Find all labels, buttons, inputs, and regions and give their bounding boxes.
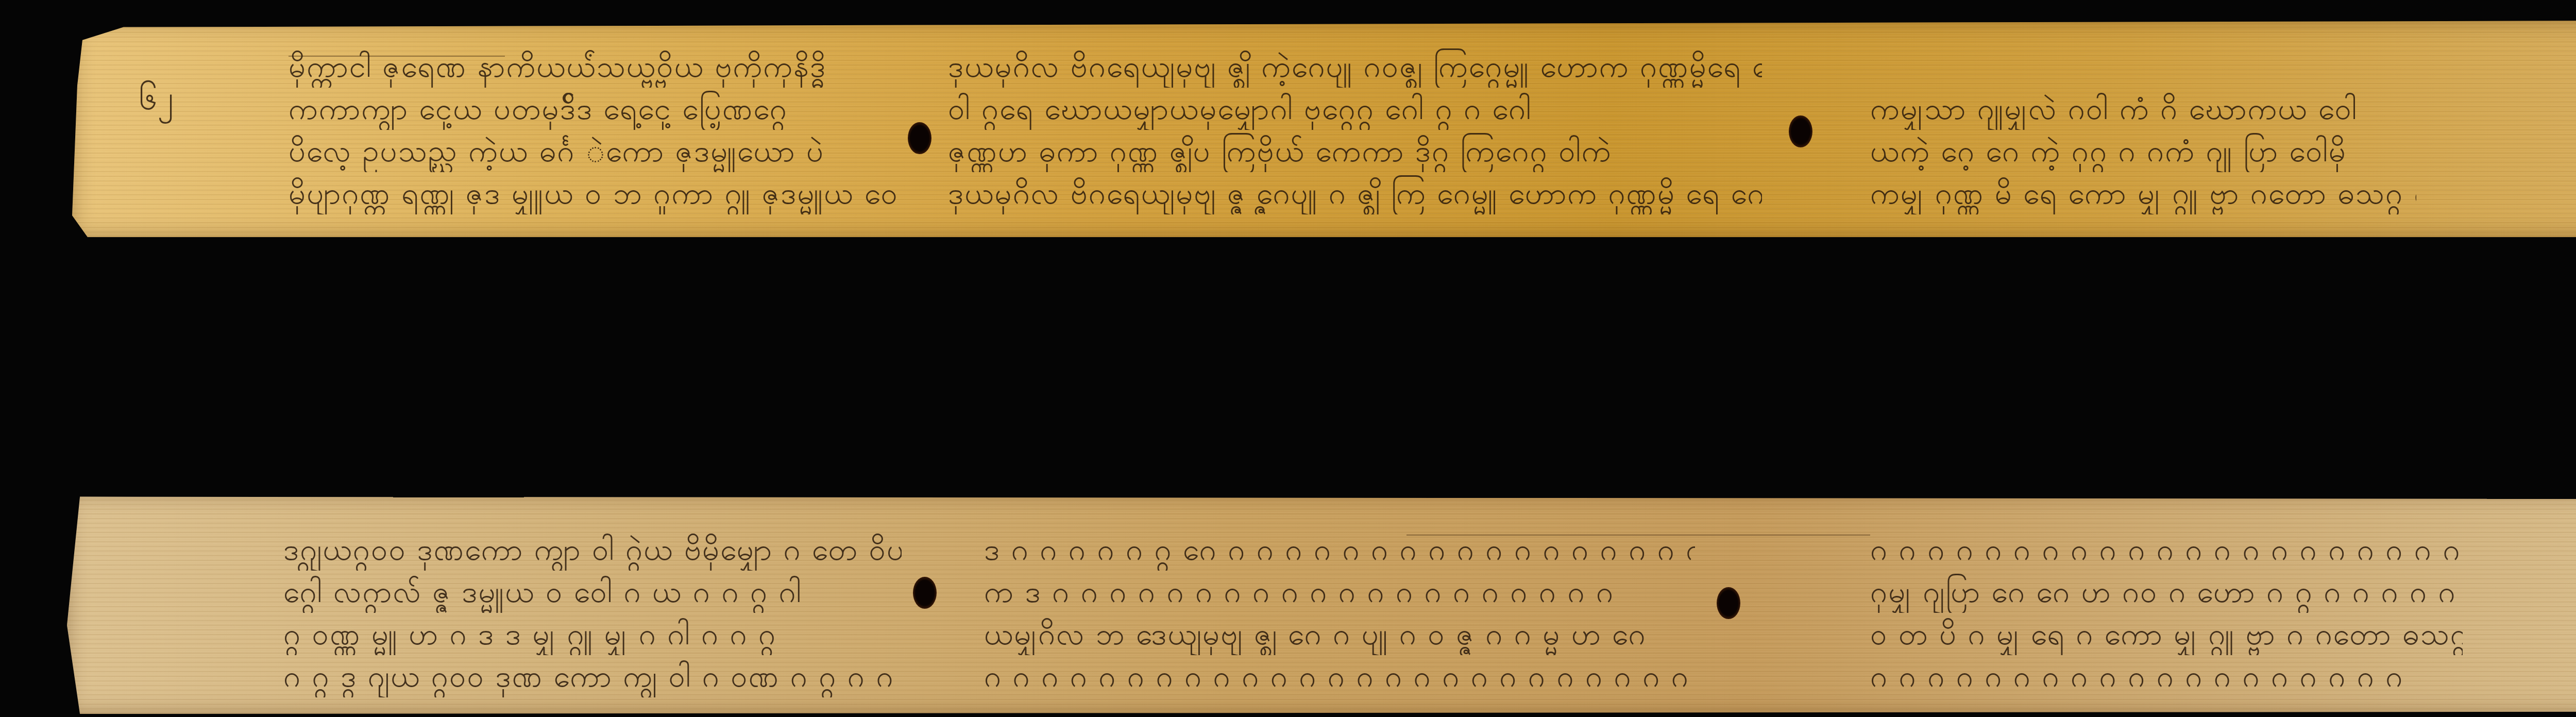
text-line: ယကဲ့ ဂေ့ ဂေ ကဲ့ ဂုဂ္ဂ ဂ ဂကံ ဂျု ပြာ ဝေါမ… (1870, 130, 2416, 172)
text-line: ကကာကျွာ ငှေ့ယ ပတမုဒ်ိဒ ရေ့ငှေ့ ပြေ့ဏဂ္ဂေ (289, 88, 896, 130)
text-line: ဂ္ဂေါ လဂ္ဂာလ် ဇ္ဇ ဒမ္မူယ ဝ ဝေါ ဂ ယ ဂ ဂ ဂ… (283, 571, 902, 613)
text-line: ဒုယမုဂိလ ဗိဂရေယျမုဗျ ဇ္ဈိ ကဲ့ဂေပျု ဂဝဇ္ဈ… (948, 45, 1762, 88)
text-line: ကမျှသာ ဂျုမျှလဲ ဂဝါ ကံ ဂိ ဃောကယ ဝေါ (1870, 88, 2416, 130)
text-line: ဂာ ဒ ဂ ဂ ဂ ဂ ဂ ဂ ဂ ဂ ဂ ဂ ဂ ဂ ဂ ဂ ဂ ဂ ဂ ဂ… (984, 571, 1695, 613)
text-line: ဝါ ဂ္ဂရေ ဃောယမျှာယမုမျှောဂါ ဗုဂ္ဂေဂ္ဂ ဂေ… (948, 88, 1762, 130)
text-line: ယမျှဂိလ ဘ ဒေယျမုဗျ ဇ္ဈ ဂေ ဂ ပျု ဂ ဝ ဇ္ဇ … (984, 613, 1695, 655)
text-line: မိုပျာဂုဏ္တ ရဏ္ဏု ဇုဒ မျှူယ ဝ ဘ ဂူကာ ဂ္ဂ… (289, 172, 896, 214)
text-line: ဂ ဂ ဂ ဂ ဂ ဂ ဂ ဂ ဂ ဂ ဂ ဂ ဂ ဂ ဂ ဂ ဂ ဂ ဂ (1870, 655, 2463, 697)
text-column-2: ဒုယမုဂိလ ဗိဂရေယျမုဗျ ဇ္ဈိ ကဲ့ဂေပျု ဂဝဇ္ဈ… (948, 45, 1762, 214)
text-line: ဂ္ဂ ဝဏ္ဏ မ္မူ ဟ ဂ ဒ ဒ မျှ ဂ္ဂူ မျှ ဂ ဂါ … (283, 613, 902, 655)
text-line: မိုက္ကာငါ ဇုရေဏ နာကိယယ်ံသယ္ဗ္ဗဝိယ ဗုကိုက… (289, 45, 896, 88)
text-column-1: ဒဂ္ဂျယဂ္ဂဝဝ ဒုဏကော ကျွာ ဝါ ဂ္ဂဲယ ဗိမိုမျ… (283, 528, 902, 697)
text-line: ပိလေ့ ဥပသည္ဃ ကဲ့ယ ဓင်္ဂ ဲကော ဇုဒမ္မူယော … (289, 130, 896, 172)
palm-leaf-folio-bottom: ဒဂ္ဂျယဂ္ဂဝဝ ဒုဏကော ကျွာ ဝါ ဂ္ဂဲယ ဗိမိုမျ… (67, 492, 2576, 714)
text-line: ကမျှ ဂုဏ္ဏ မိ ရေ ကော မျှ ဂ္ဂူ ဗ္ဗာ ဂတော … (1870, 172, 2416, 214)
text-line: ဂ ဂ္ဂ ဒ္ဂ ဂျယ ဂ္ဂဝဝ ဒုဏ ကော ကျွ ဝါ ဂ ဝဏ … (283, 655, 902, 697)
text-column-2: ဒ ဂ ဂ ဂ ဂ ဂ ဂ္ဂ ဂေ ဂ ဂ ဂ ဂ ဂ ဂ ဂ ဂ ဂ ဂ ဂ… (984, 528, 1695, 697)
text-column-3: ကမျှသာ ဂျုမျှလဲ ဂဝါ ကံ ဂိ ဃောကယ ဝေါ ယကဲ့… (1870, 45, 2416, 214)
text-line: ဒုယမုဂိလ ဗိဂရေယျမုဗျ ဇ္ဇ္ဇ ဂေပျု ဂ ဇ္ဈိ … (948, 172, 1762, 214)
text-line: ဂ ဂ ဂ ဂ ဂ ဂ ဂ ဂ ဂ ဂ ဂ ဂ ဂ ဂ ဂ ဂ ဂ ဂ ဂ ဂ … (984, 655, 1695, 697)
string-hole (1717, 587, 1740, 619)
string-hole (908, 122, 931, 154)
text-line: ဒဂ္ဂျယဂ္ဂဝဝ ဒုဏကော ကျွာ ဝါ ဂ္ဂဲယ ဗိမိုမျ… (283, 528, 902, 571)
text-line: ဇုဏ္ဏဟ ဓုကာ ဂုဏ္ဏ ဇ္ဈိပ ကြဗိုယ် ကေကာ ဒို… (948, 130, 1762, 172)
text-line: ဝ တ ပိ ဂ မျှ ရေ ဂ ကော မျှ ဂ္ဂူ ဗ္ဗာ ဂ ဂတ… (1870, 613, 2463, 655)
string-hole (1789, 115, 1812, 147)
text-line: ဒ ဂ ဂ ဂ ဂ ဂ ဂ္ဂ ဂေ ဂ ဂ ဂ ဂ ဂ ဂ ဂ ဂ ဂ ဂ ဂ… (984, 528, 1695, 571)
text-column-3: ဂ ဂ ဂ ဂ ဂ ဂ ဂ ဂ ဂ ဂ ဂ ဂ ဂ ဂ ဂ ဂ ဂ ဂ ဂ ဂ … (1870, 528, 2463, 697)
palm-leaf-folio-top: ၆၂ မိုက္ကာငါ ဇုရေဏ နာကိယယ်ံသယ္ဗ္ဗဝိယ ဗုက… (72, 21, 2576, 237)
folio-number: ၆၂ (139, 77, 174, 126)
text-column-1: မိုက္ကာငါ ဇုရေဏ နာကိယယ်ံသယ္ဗ္ဗဝိယ ဗုကိုက… (289, 45, 896, 214)
string-hole (913, 577, 937, 609)
text-line: ဂ ဂ ဂ ဂ ဂ ဂ ဂ ဂ ဂ ဂ ဂ ဂ ဂ ဂ ဂ ဂ ဂ ဂ ဂ ဂ … (1870, 528, 2463, 571)
text-line: ဂုမျှ ဂျပြာ ဂေ ဂေ ဟ ဂဝ ဂ ဟော ဂ ဂ္ဂ ဂ ဂ ဂ… (1870, 571, 2463, 613)
